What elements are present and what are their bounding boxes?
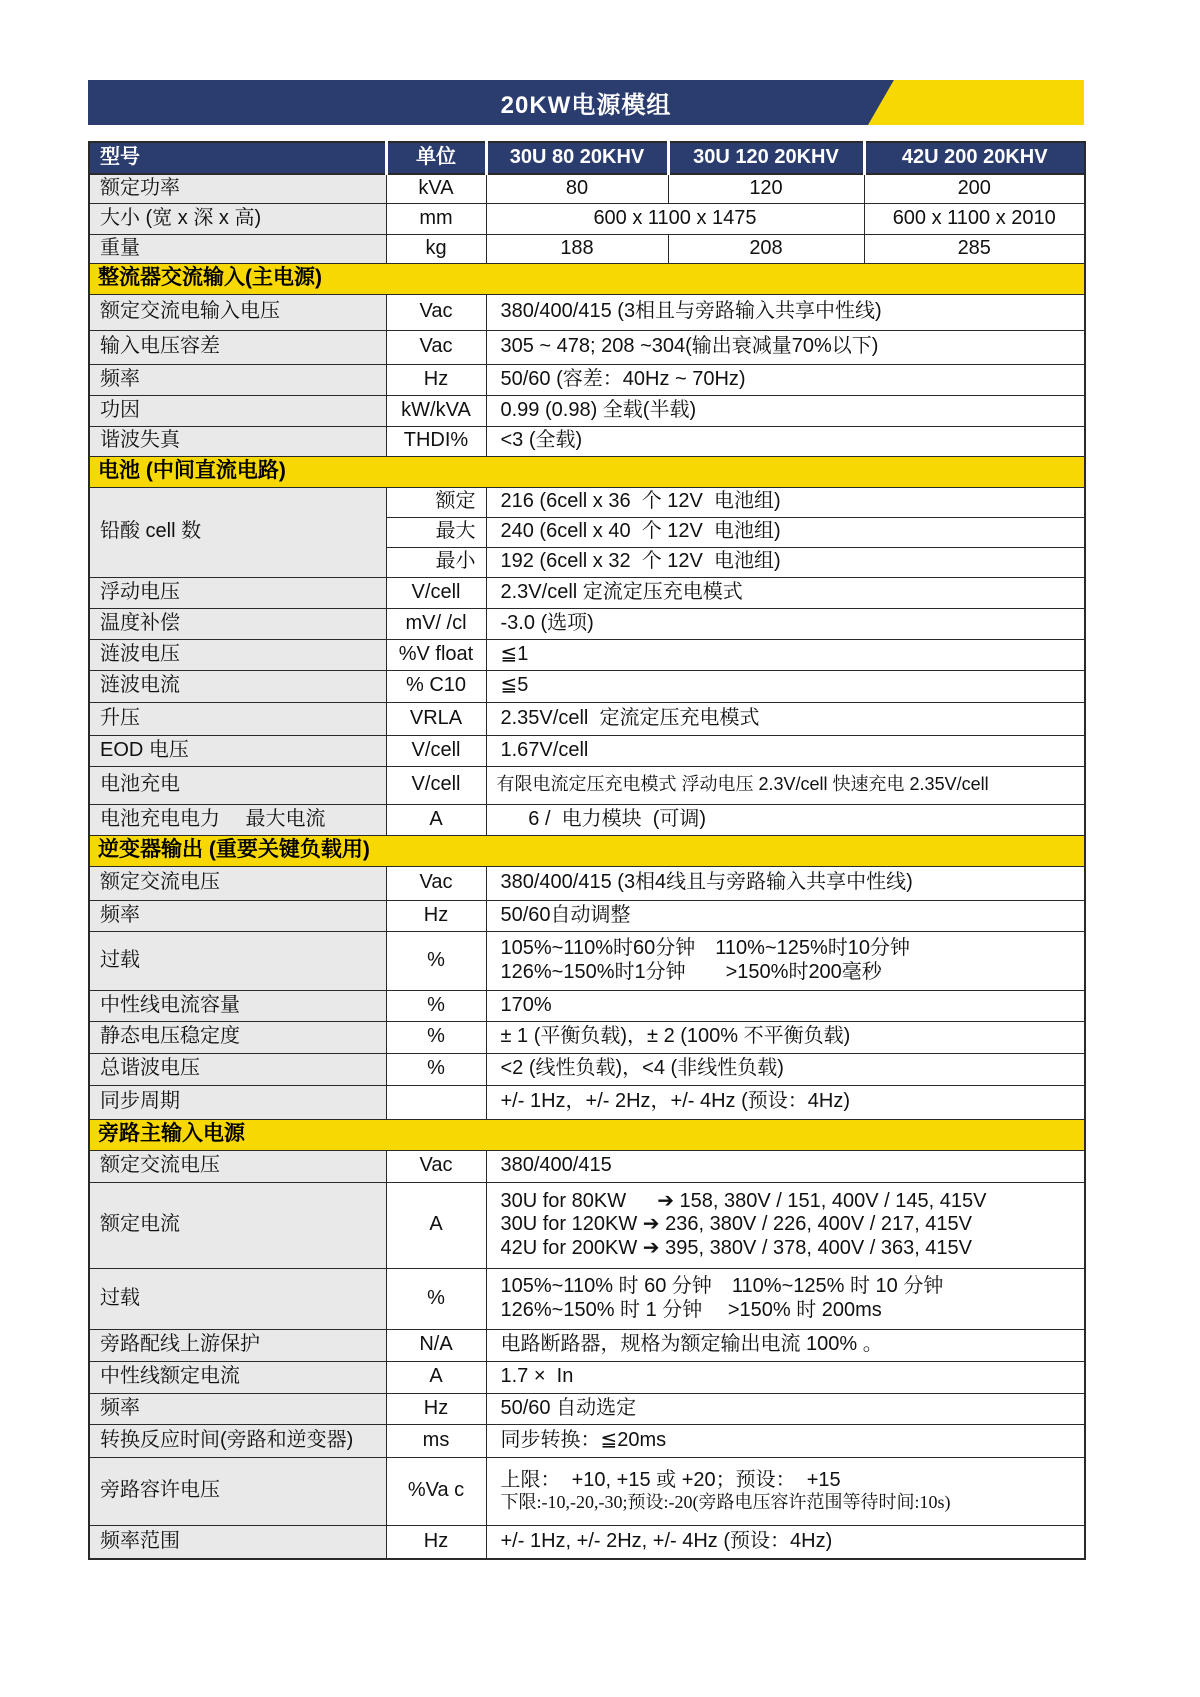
section-row-inverter: 逆变器输出 (重要关键负载用) [89,835,1085,866]
spec-row: 电池充电电力 最大电流 A 6 / 电力模块 (可调) [89,804,1085,835]
spec-subkey: 额定 [386,487,486,517]
spec-label: 中性线电流容量 [89,990,386,1021]
spec-label: 升压 [89,702,386,735]
column-header-model-2: 30U 120 20KHV [668,142,864,174]
spec-row: 频率 Hz 50/60自动调整 [89,900,1085,931]
title-banner: 20KW电源模组 [88,80,1084,125]
spec-unit: % [386,990,486,1021]
spec-label: 频率 [89,1393,386,1424]
spec-row: 过载 % 105%~110%时60分钟 110%~125%时10分钟 126%~… [89,931,1085,990]
spec-value: 192 (6cell x 32 个 12V 电池组) [486,547,1085,577]
spec-unit: THDI% [386,426,486,456]
spec-unit: ms [386,1424,486,1457]
spec-value: 6 / 电力模块 (可调) [486,804,1085,835]
spec-unit: Hz [386,900,486,931]
spec-value: <2 (线性负载)，<4 (非线性负载) [486,1053,1085,1085]
spec-label: 额定交流电输入电压 [89,294,386,330]
spec-value: ≦1 [486,639,1085,670]
spec-row: 总谐波电压 % <2 (线性负载)，<4 (非线性负载) [89,1053,1085,1085]
spec-row: 旁路配线上游保护 N/A 电路断路器，规格为额定输出电流 100% 。 [89,1329,1085,1361]
spec-label: 浮动电压 [89,577,386,608]
spec-unit: V/cell [386,766,486,804]
spec-label: 电池充电 [89,766,386,804]
spec-unit: V/cell [386,577,486,608]
spec-value: 1.67V/cell [486,735,1085,766]
spec-row: 额定电流 A 30U for 80KW ➔ 158, 380V / 151, 4… [89,1182,1085,1268]
spec-label: 过载 [89,1268,386,1329]
spec-row: 铅酸 cell 数 额定 216 (6cell x 36 个 12V 电池组) [89,487,1085,517]
spec-row: 频率范围 Hz +/- 1Hz, +/- 2Hz, +/- 4Hz (预设：4H… [89,1525,1085,1559]
spec-value: 105%~110% 时 60 分钟 110%~125% 时 10 分钟 126%… [486,1268,1085,1329]
spec-label: 电池充电电力 最大电流 [89,804,386,835]
spec-value: 电路断路器，规格为额定输出电流 100% 。 [486,1329,1085,1361]
spec-unit [386,1085,486,1119]
bypass-voltage-upper-limit: 上限： +10, +15 或 +20；预设： +15 [501,1469,841,1491]
spec-value: 380/400/415 (3相且与旁路输入共享中性线) [486,294,1085,330]
spec-unit: V/cell [386,735,486,766]
spec-value: 2.35V/cell 定流定压充电模式 [486,702,1085,735]
spec-label: 转换反应时间(旁路和逆变器) [89,1424,386,1457]
spec-value: 285 [864,234,1085,263]
spec-row: 同步周期 +/- 1Hz，+/- 2Hz，+/- 4Hz (预设：4Hz) [89,1085,1085,1119]
section-title: 整流器交流输入(主电源) [89,263,1085,294]
spec-label: EOD 电压 [89,735,386,766]
spec-label: 同步周期 [89,1085,386,1119]
spec-label: 额定电流 [89,1182,386,1268]
spec-value: -3.0 (选项) [486,608,1085,639]
spec-label: 过载 [89,931,386,990]
spec-value: 380/400/415 [486,1150,1085,1182]
spec-label: 涟波电压 [89,639,386,670]
spec-value: +/- 1Hz, +/- 2Hz, +/- 4Hz (预设：4Hz) [486,1525,1085,1559]
spec-unit: % [386,1053,486,1085]
spec-unit: kVA [386,174,486,203]
spec-row: 额定交流电压 Vac 380/400/415 (3相4线且与旁路输入共享中性线) [89,866,1085,900]
spec-value: 170% [486,990,1085,1021]
bypass-voltage-lower-limit: 下限:-10,-20,-30;预设:-20(旁路电压容许范围等待时间:10s) [501,1492,1077,1513]
spec-row: 升压 VRLA 2.35V/cell 定流定压充电模式 [89,702,1085,735]
spec-row: 浮动电压 V/cell 2.3V/cell 定流定压充电模式 [89,577,1085,608]
spec-row: 输入电压容差 Vac 305 ~ 478; 208 ~304(输出衰减量70%以… [89,330,1085,364]
spec-value: 上限： +10, +15 或 +20；预设： +15下限:-10,-20,-30… [486,1457,1085,1525]
spec-label: 旁路配线上游保护 [89,1329,386,1361]
spec-value: 188 [486,234,668,263]
spec-unit: N/A [386,1329,486,1361]
spec-row: 频率 Hz 50/60 (容差：40Hz ~ 70Hz) [89,364,1085,395]
spec-value: ± 1 (平衡负载)，± 2 (100% 不平衡负载) [486,1021,1085,1053]
spec-row: 频率 Hz 50/60 自动选定 [89,1393,1085,1424]
spec-label: 铅酸 cell 数 [89,487,386,577]
section-title: 逆变器输出 (重要关键负载用) [89,835,1085,866]
spec-unit: A [386,1182,486,1268]
spec-value: 1.7 × In [486,1361,1085,1393]
spec-unit: Vac [386,330,486,364]
spec-unit: Vac [386,1150,486,1182]
spec-row: EOD 电压 V/cell 1.67V/cell [89,735,1085,766]
spec-row: 额定交流电输入电压 Vac 380/400/415 (3相且与旁路输入共享中性线… [89,294,1085,330]
spec-label: 额定交流电压 [89,1150,386,1182]
spec-value: 380/400/415 (3相4线且与旁路输入共享中性线) [486,866,1085,900]
spec-label: 功因 [89,395,386,426]
spec-label: 谐波失真 [89,426,386,456]
spec-row: 重量 kg 188 208 285 [89,234,1085,263]
banner-accent-shape [868,80,1084,125]
spec-table: 型号 单位 30U 80 20KHV 30U 120 20KHV 42U 200… [88,141,1086,1560]
spec-label: 静态电压稳定度 [89,1021,386,1053]
spec-value: 600 x 1100 x 1475 [486,203,864,234]
spec-unit: mV/ /cl [386,608,486,639]
spec-unit: Hz [386,364,486,395]
spec-unit: Vac [386,866,486,900]
spec-unit: A [386,804,486,835]
spec-unit: Hz [386,1525,486,1559]
section-title: 电池 (中间直流电路) [89,456,1085,487]
spec-value: 有限电流定压充电模式 浮动电压 2.3V/cell 快速充电 2.35V/cel… [486,766,1085,804]
spec-unit: kg [386,234,486,263]
spec-unit: A [386,1361,486,1393]
spec-value: 216 (6cell x 36 个 12V 电池组) [486,487,1085,517]
column-header-model: 型号 [89,142,386,174]
spec-row: 中性线额定电流 A 1.7 × In [89,1361,1085,1393]
spec-unit: %V float [386,639,486,670]
spec-unit: % [386,1268,486,1329]
spec-label: 温度补偿 [89,608,386,639]
spec-unit: % [386,931,486,990]
spec-label: 涟波电流 [89,670,386,702]
spec-row: 谐波失真 THDI% <3 (全载) [89,426,1085,456]
spec-unit: kW/kVA [386,395,486,426]
spec-row: 大小 (宽 x 深 x 高) mm 600 x 1100 x 1475 600 … [89,203,1085,234]
spec-value: ≦5 [486,670,1085,702]
section-title: 旁路主输入电源 [89,1119,1085,1150]
spec-label: 额定功率 [89,174,386,203]
spec-value: 240 (6cell x 40 个 12V 电池组) [486,517,1085,547]
spec-row: 静态电压稳定度 % ± 1 (平衡负载)，± 2 (100% 不平衡负载) [89,1021,1085,1053]
spec-label: 旁路容许电压 [89,1457,386,1525]
spec-row: 旁路容许电压 %Va c 上限： +10, +15 或 +20；预设： +15下… [89,1457,1085,1525]
spec-label: 大小 (宽 x 深 x 高) [89,203,386,234]
spec-value: 50/60自动调整 [486,900,1085,931]
spec-row: 温度补偿 mV/ /cl -3.0 (选项) [89,608,1085,639]
section-row-rectifier: 整流器交流输入(主电源) [89,263,1085,294]
spec-value: 同步转换：≦20ms [486,1424,1085,1457]
spec-unit: mm [386,203,486,234]
spec-label: 额定交流电压 [89,866,386,900]
spec-value: 120 [668,174,864,203]
spec-value: 105%~110%时60分钟 110%~125%时10分钟 126%~150%时… [486,931,1085,990]
spec-value: 305 ~ 478; 208 ~304(输出衰减量70%以下) [486,330,1085,364]
spec-value: 0.99 (0.98) 全载(半载) [486,395,1085,426]
column-header-unit: 单位 [386,142,486,174]
spec-row: 功因 kW/kVA 0.99 (0.98) 全载(半载) [89,395,1085,426]
spec-label: 频率 [89,900,386,931]
spec-label: 频率范围 [89,1525,386,1559]
column-header-model-3: 42U 200 20KHV [864,142,1085,174]
spec-value: 2.3V/cell 定流定压充电模式 [486,577,1085,608]
spec-label: 重量 [89,234,386,263]
spec-row: 过载 % 105%~110% 时 60 分钟 110%~125% 时 10 分钟… [89,1268,1085,1329]
spec-value: 50/60 自动选定 [486,1393,1085,1424]
section-row-bypass: 旁路主输入电源 [89,1119,1085,1150]
spec-value: 600 x 1100 x 2010 [864,203,1085,234]
spec-label: 中性线额定电流 [89,1361,386,1393]
table-header-row: 型号 单位 30U 80 20KHV 30U 120 20KHV 42U 200… [89,142,1085,174]
page-title: 20KW电源模组 [501,85,672,120]
spec-value: 30U for 80KW ➔ 158, 380V / 151, 400V / 1… [486,1182,1085,1268]
spec-value: 50/60 (容差：40Hz ~ 70Hz) [486,364,1085,395]
spec-value: +/- 1Hz，+/- 2Hz，+/- 4Hz (预设：4Hz) [486,1085,1085,1119]
spec-unit: % C10 [386,670,486,702]
spec-row: 电池充电 V/cell 有限电流定压充电模式 浮动电压 2.3V/cell 快速… [89,766,1085,804]
spec-unit: Hz [386,1393,486,1424]
spec-unit: Vac [386,294,486,330]
spec-subkey: 最小 [386,547,486,577]
spec-row: 涟波电压 %V float ≦1 [89,639,1085,670]
spec-row: 转换反应时间(旁路和逆变器) ms 同步转换：≦20ms [89,1424,1085,1457]
spec-row: 中性线电流容量 % 170% [89,990,1085,1021]
column-header-model-1: 30U 80 20KHV [486,142,668,174]
spec-label: 频率 [89,364,386,395]
spec-row: 额定功率 kVA 80 120 200 [89,174,1085,203]
spec-unit: % [386,1021,486,1053]
spec-value: 80 [486,174,668,203]
page: 20KW电源模组 型号 单位 30U 80 20KHV 30U 120 20KH… [88,0,1084,1560]
spec-unit: %Va c [386,1457,486,1525]
spec-label: 总谐波电压 [89,1053,386,1085]
spec-value: 208 [668,234,864,263]
section-row-battery: 电池 (中间直流电路) [89,456,1085,487]
spec-label: 输入电压容差 [89,330,386,364]
spec-row: 额定交流电压 Vac 380/400/415 [89,1150,1085,1182]
spec-row: 涟波电流 % C10 ≦5 [89,670,1085,702]
spec-unit: VRLA [386,702,486,735]
spec-value: 200 [864,174,1085,203]
spec-subkey: 最大 [386,517,486,547]
spec-value: <3 (全载) [486,426,1085,456]
